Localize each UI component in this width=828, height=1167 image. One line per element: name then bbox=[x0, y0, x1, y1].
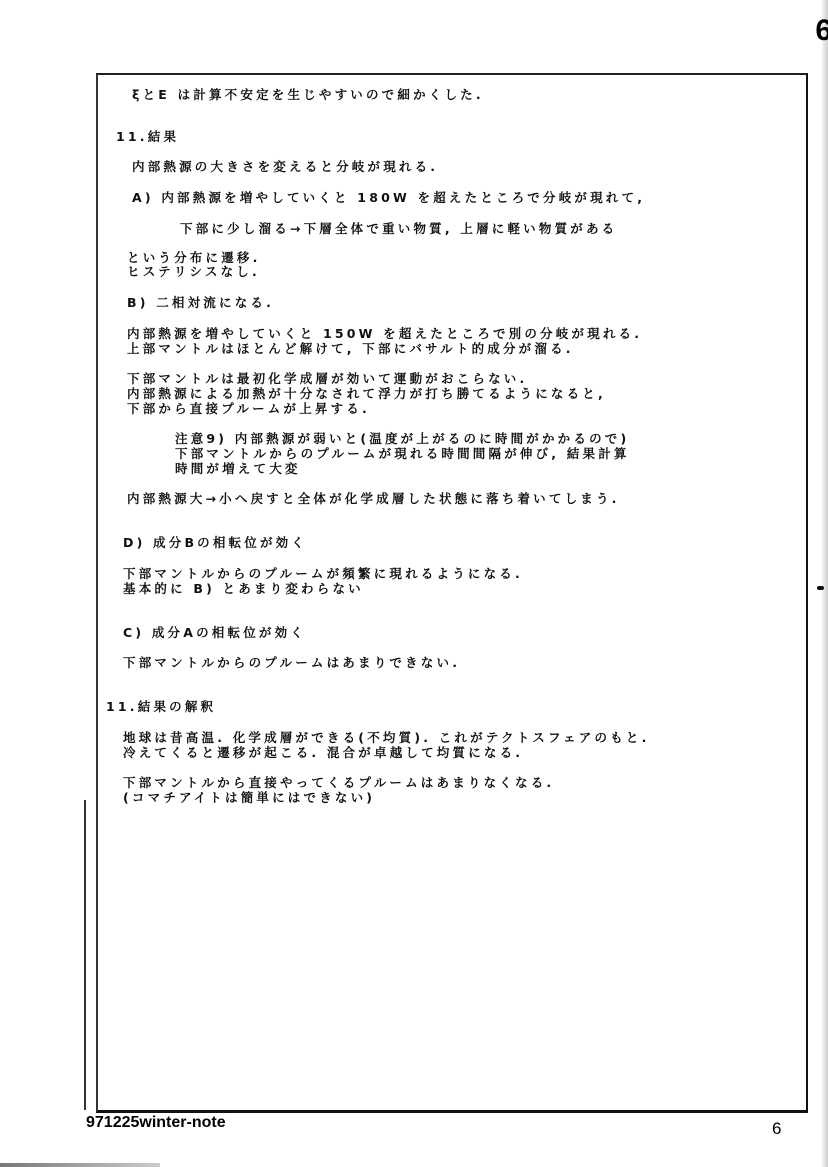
case-b-heading: B) 二相対流になる. bbox=[127, 296, 274, 310]
results-summary: 内部熱源の大きさを変えると分岐が現れる. bbox=[132, 160, 438, 174]
case-c-line: 下部マントルからのプルームはあまりできない. bbox=[123, 656, 460, 670]
case-b-note: 時間が増えて大変 bbox=[175, 462, 301, 476]
case-a-line: ヒステリシスなし. bbox=[127, 265, 260, 279]
interpretation-line: 下部マントルから直接やってくるプルームはあまりなくなる. bbox=[123, 776, 554, 790]
scan-edge bbox=[0, 1163, 160, 1167]
corner-page-number: 6 bbox=[815, 14, 828, 48]
case-b-line: 内部熱源による加熱が十分なされて浮力が打ち勝てるようになると, bbox=[127, 387, 606, 401]
scan-speck bbox=[817, 586, 824, 590]
case-a-line: という分布に遷移. bbox=[127, 251, 261, 265]
case-a-line: A) 内部熱源を増やしていくと 180W を超えたところで分岐が現れて, bbox=[132, 191, 645, 205]
interpretation-line: 地球は昔高温. 化学成層ができる(不均質). これがテクトスフェアのもと. bbox=[123, 731, 650, 745]
section-heading-results: 11.結果 bbox=[116, 130, 179, 144]
case-b-note: 注意9) 内部熱源が弱いと(温度が上がるのに時間がかかるので) bbox=[175, 432, 629, 446]
footer-page-number: 6 bbox=[772, 1119, 781, 1139]
case-b-line: 下部から直接プルームが上昇する. bbox=[127, 402, 370, 416]
case-d-heading: D) 成分Bの相転位が効く bbox=[123, 536, 307, 550]
section-heading-interpretation: 11.結果の解釈 bbox=[106, 700, 216, 714]
case-b-line: 内部熱源を増やしていくと 150W を超えたところで別の分岐が現れる. bbox=[127, 327, 642, 341]
footer-doc-name: 971225winter-note bbox=[86, 1114, 226, 1132]
case-d-line: 基本的に B) とあまり変わらない bbox=[123, 582, 364, 596]
frame-edge bbox=[84, 800, 86, 1110]
interpretation-line: (コマチアイトは簡単にはできない) bbox=[123, 791, 375, 805]
case-c-heading: C) 成分Aの相転位が効く bbox=[123, 626, 306, 640]
case-b-line: 上部マントルはほとんど解けて, 下部にバサルト的成分が溜る. bbox=[127, 342, 574, 356]
scan-edge bbox=[822, 0, 828, 1167]
case-b-line: 下部マントルは最初化学成層が効いて運動がおこらない. bbox=[127, 372, 527, 386]
case-a-line: 下部に少し溜る→下層全体で重い物質, 上層に軽い物質がある bbox=[180, 222, 617, 236]
case-b-note: 下部マントルからのプルームが現れる時間間隔が伸び, 結果計算 bbox=[175, 447, 630, 461]
case-d-line: 下部マントルからのプルームが頻繁に現れるようになる. bbox=[123, 567, 523, 581]
case-b-line: 内部熱源大→小へ戻すと全体が化学成層した状態に落ち着いてしまう. bbox=[127, 492, 620, 506]
interpretation-line: 冷えてくると遷移が起こる. 混合が卓越して均質になる. bbox=[123, 746, 523, 760]
intro-line: ξとE は計算不安定を生じやすいので細かくした. bbox=[132, 88, 484, 102]
